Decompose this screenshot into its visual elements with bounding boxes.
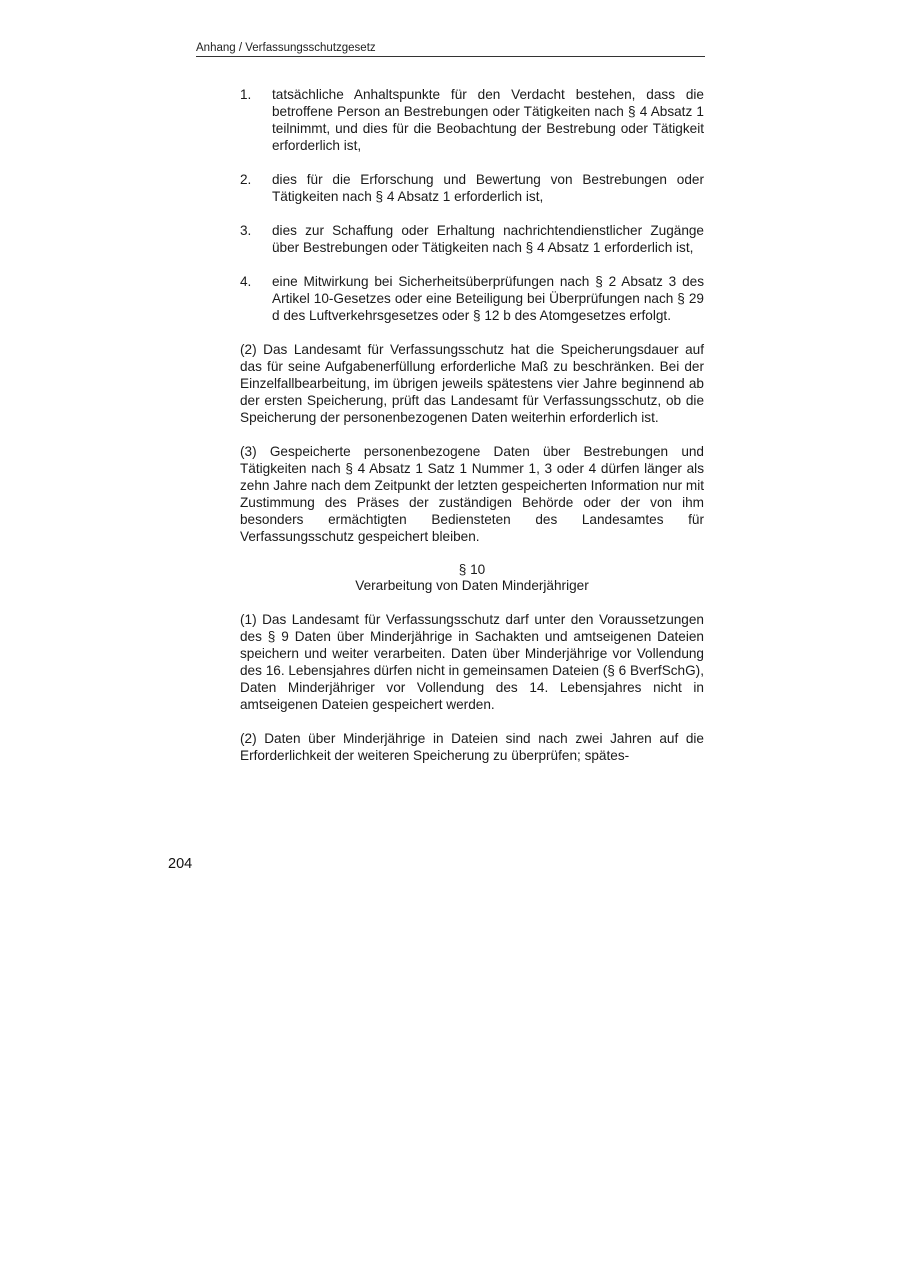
paragraph-s9-3: (3) Gespeicherte personenbezogene Daten … <box>240 443 704 545</box>
list-text: dies zur Schaffung oder Erhaltung nachri… <box>272 222 704 256</box>
list-text: tatsächliche Anhaltspunkte für den Verda… <box>272 86 704 154</box>
list-number: 2. <box>240 171 272 205</box>
paragraph-s10-1: (1) Das Landesamt für Verfassungsschutz … <box>240 611 704 713</box>
list-text: eine Mitwirkung bei Sicherheitsüberprüfu… <box>272 273 704 324</box>
section-heading: § 10 Verarbeitung von Daten Minderjährig… <box>240 562 704 594</box>
list-number: 1. <box>240 86 272 154</box>
paragraph-s9-2: (2) Das Landesamt für Verfassungsschutz … <box>240 341 704 426</box>
paragraph-s10-2: (2) Daten über Minderjährige in Dateien … <box>240 730 704 764</box>
running-header: Anhang / Verfassungsschutzgesetz <box>196 42 705 57</box>
list-text: dies für die Erforschung und Bewertung v… <box>272 171 704 205</box>
list-item: 3. dies zur Schaffung oder Erhaltung nac… <box>240 222 704 256</box>
list-item: 1. tatsächliche Anhaltspunkte für den Ve… <box>240 86 704 154</box>
list-item: 2. dies für die Erforschung und Bewertun… <box>240 171 704 205</box>
list-number: 3. <box>240 222 272 256</box>
page-number: 204 <box>168 856 192 872</box>
page-body: 1. tatsächliche Anhaltspunkte für den Ve… <box>240 86 704 781</box>
section-title: Verarbeitung von Daten Minderjähriger <box>240 578 704 594</box>
list-item: 4. eine Mitwirkung bei Sicherheitsüberpr… <box>240 273 704 324</box>
list-number: 4. <box>240 273 272 324</box>
section-number: § 10 <box>240 562 704 578</box>
